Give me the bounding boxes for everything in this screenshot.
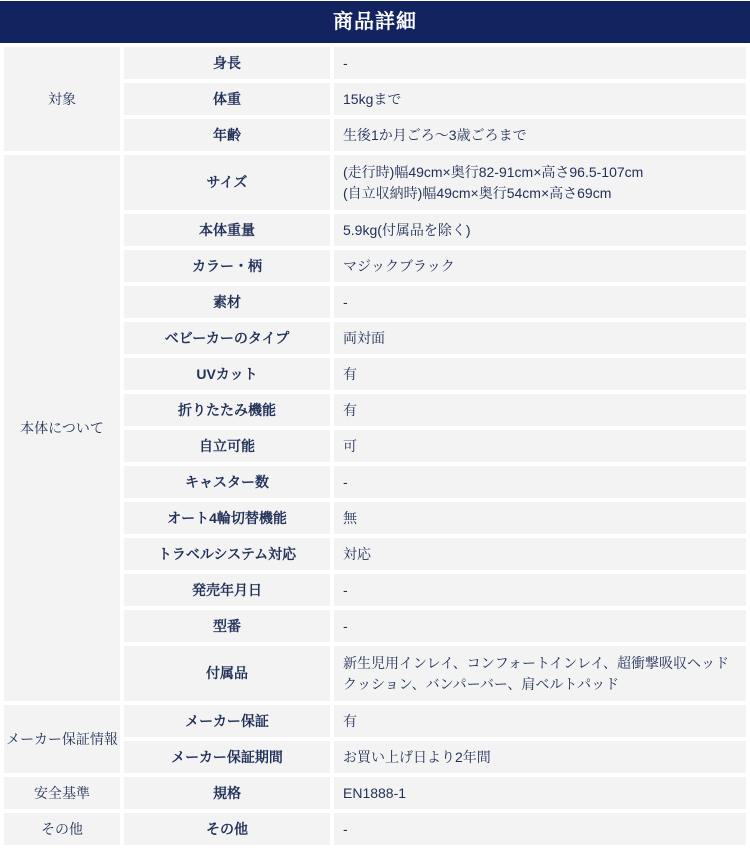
spec-label: 規格 [124,777,330,809]
spec-value: - [334,466,746,498]
spec-value: EN1888-1 [334,777,746,809]
spec-label: 付属品 [124,646,330,701]
spec-label: オート4輪切替機能 [124,502,330,534]
category-cell: メーカー保証情報 [4,705,120,773]
spec-value: (走行時)幅49cm×奥行82-91cm×高さ96.5-107cm (自立収納時… [334,155,746,210]
spec-value: 無 [334,502,746,534]
spec-row: 安全基準規格EN1888-1 [4,777,746,809]
spec-table: 対象身長-体重15kgまで年齢生後1か月ごろ〜3歳ごろまで本体についてサイズ(走… [0,43,750,849]
spec-label: カラー・柄 [124,250,330,282]
spec-value: 新生児用インレイ、コンフォートインレイ、超衝撃吸収ヘッドクッション、バンパーバー… [334,646,746,701]
spec-value: 15kgまで [334,83,746,115]
spec-row: 本体についてサイズ(走行時)幅49cm×奥行82-91cm×高さ96.5-107… [4,155,746,210]
spec-label: トラベルシステム対応 [124,538,330,570]
product-detail-section: 商品詳細 対象身長-体重15kgまで年齢生後1か月ごろ〜3歳ごろまで本体について… [0,1,750,849]
spec-label: ベビーカーのタイプ [124,322,330,354]
spec-label: 身長 [124,47,330,79]
spec-label: メーカー保証期間 [124,741,330,773]
spec-value: 有 [334,705,746,737]
spec-label: 体重 [124,83,330,115]
spec-label: 型番 [124,610,330,642]
category-cell: 本体について [4,155,120,701]
spec-value: 可 [334,430,746,462]
spec-value: - [334,286,746,318]
spec-row: 対象身長- [4,47,746,79]
spec-value: 両対面 [334,322,746,354]
spec-value: 有 [334,394,746,426]
spec-value: - [334,610,746,642]
spec-row: その他その他- [4,813,746,845]
spec-value: - [334,574,746,606]
spec-value: お買い上げ日より2年間 [334,741,746,773]
category-cell: 安全基準 [4,777,120,809]
spec-label: 素材 [124,286,330,318]
spec-value: 対応 [334,538,746,570]
spec-value: 有 [334,358,746,390]
category-cell: 対象 [4,47,120,151]
spec-row: メーカー保証情報メーカー保証有 [4,705,746,737]
spec-value: - [334,813,746,845]
spec-label: 自立可能 [124,430,330,462]
spec-label: その他 [124,813,330,845]
spec-label: キャスター数 [124,466,330,498]
spec-label: 折りたたみ機能 [124,394,330,426]
spec-table-body: 対象身長-体重15kgまで年齢生後1か月ごろ〜3歳ごろまで本体についてサイズ(走… [4,47,746,845]
spec-value: マジックブラック [334,250,746,282]
spec-label: 発売年月日 [124,574,330,606]
category-cell: その他 [4,813,120,845]
spec-label: メーカー保証 [124,705,330,737]
spec-value: 生後1か月ごろ〜3歳ごろまで [334,119,746,151]
spec-label: 年齢 [124,119,330,151]
spec-label: UVカット [124,358,330,390]
section-title: 商品詳細 [0,1,750,43]
spec-label: 本体重量 [124,214,330,246]
spec-value: 5.9kg(付属品を除く) [334,214,746,246]
spec-value: - [334,47,746,79]
spec-label: サイズ [124,155,330,210]
